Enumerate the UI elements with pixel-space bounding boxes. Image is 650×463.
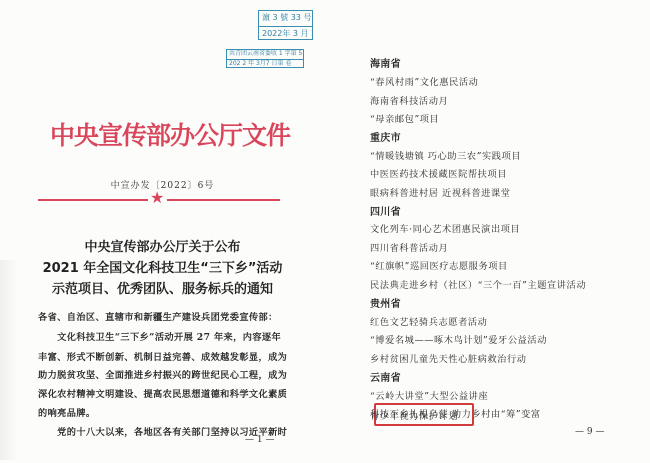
- list-item: 海南省科技活动月: [370, 93, 448, 107]
- body-line: 丰富、形式不断创新、机制日益完善、成效越发彰显，成为: [38, 349, 287, 363]
- list-item: “母亲邮包”项目: [370, 111, 439, 125]
- list-item: 中医医药技术援藏医院帮扶项目: [370, 166, 507, 180]
- highlighted-list-item: 青少年视力保护计划: [370, 408, 458, 422]
- document-page-1: 濵 3 號 33 号 2022年 3 月 2 日 共青团云南省委收 1 字第 5…: [0, 0, 325, 463]
- body-line: 助力脱贫攻坚、全面推进乡村振兴的跨世纪民心工程，成为: [38, 367, 287, 381]
- receipt-stamp-top: 濵 3 號 33 号 2022年 3 月 2 日: [258, 10, 313, 40]
- page-number: — 1 —: [245, 435, 274, 445]
- stamp-line: 濵 3 號 33 号: [259, 11, 312, 26]
- body-line: 文化科技卫生“三下乡”活动开展 27 年来，内容逐年: [38, 329, 281, 343]
- page-number: — 9 —: [575, 427, 604, 437]
- notice-title-line: 2021 年全国文化科技卫生“三下乡”活动: [0, 257, 325, 276]
- document-header-title: 中央宣传部办公厅文件: [50, 116, 280, 152]
- list-item: 红色文艺轻骑兵志愿者活动: [370, 314, 487, 328]
- stamp-line: 2022年 3 月 2 日: [259, 26, 312, 41]
- list-item: 文化列车·同心艺术团惠民演出项目: [370, 221, 520, 235]
- header-rule-left: [38, 199, 148, 201]
- body-line: 深化农村精神文明建设、提高农民思想道德和科学文化素质: [38, 386, 287, 400]
- list-item: “博爱名城——啄木鸟计划”爱牙公益活动: [370, 332, 547, 346]
- list-item: 民法典走进乡村（社区）“三个一百”主题宣讲活动: [370, 277, 586, 291]
- star-icon: ★: [150, 190, 164, 206]
- province-heading: 重庆市: [370, 129, 401, 144]
- list-item: 四川省科普活动月: [370, 240, 448, 254]
- receipt-stamp-mid: 共青团云南省委收 1 字第 5 号 202 2 年 3月7 日第 卷: [226, 49, 304, 68]
- province-heading: 贵州省: [370, 295, 401, 310]
- notice-title-line: 中央宣传部办公厅关于公布: [0, 236, 325, 255]
- list-item: 乡村贫困儿童先天性心脏病救治行动: [370, 351, 527, 365]
- list-item: “春风村雨”文化惠民活动: [370, 74, 478, 88]
- list-item: “红旗帜”巡回医疗志愿服务项目: [370, 258, 508, 272]
- stamp-line: 共青团云南省委收 1 字第 5 号: [227, 50, 303, 59]
- list-item: “情暖钱塘镇 巧心助三农”实践项目: [370, 148, 521, 162]
- province-heading: 海南省: [370, 55, 401, 70]
- body-line: 的响亮品牌。: [38, 405, 96, 419]
- province-heading: 云南省: [370, 369, 401, 384]
- stamp-line: 202 2 年 3月7 日第 卷: [227, 59, 303, 68]
- notice-title-line: 示范项目、优秀团队、服务标兵的通知: [0, 278, 325, 297]
- list-item: 眼病科普进村居 近视科普进课堂: [370, 185, 511, 199]
- province-heading: 四川省: [370, 203, 401, 218]
- list-item: “云岭大讲堂”大型公益讲座: [370, 388, 488, 402]
- header-rule-right: [167, 199, 280, 201]
- body-line: 各省、自治区、直辖市和新疆生产建设兵团党委宣传部：: [38, 309, 278, 323]
